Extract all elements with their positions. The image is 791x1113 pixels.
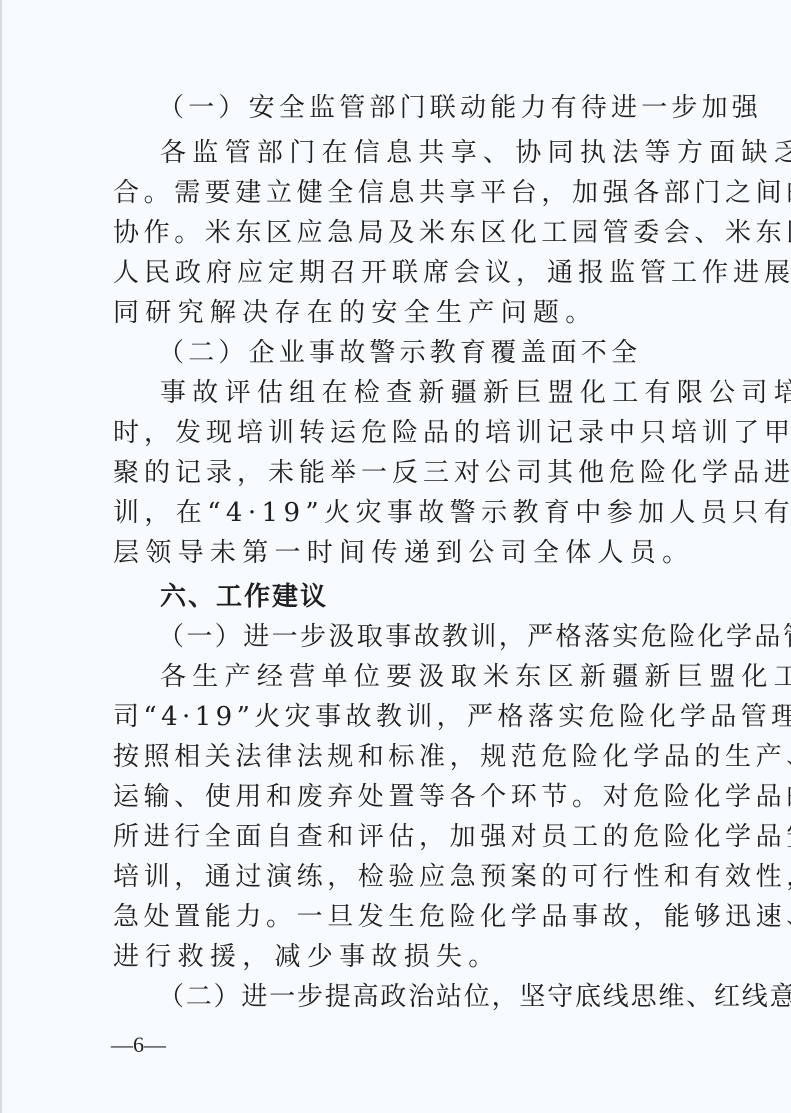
paragraph-line: 急处置能力。一旦发生危险化学品事故，能够迅速、有效地 — [113, 897, 673, 937]
page-number: —6— — [111, 1030, 166, 1060]
paragraph-line: 层领导未第一时间传递到公司全体人员。 — [113, 533, 673, 573]
paragraph-line: 事故评估组在检查新疆新巨盟化工有限公司培训记录 — [160, 373, 720, 413]
paragraph-line: 时，发现培训转运危险品的培训记录中只培训了甲缩醛和多 — [113, 413, 673, 453]
section-heading-4: （二）进一步提高政治站位，坚守底线思维、红线意识。 — [158, 977, 718, 1017]
paragraph-line: 所进行全面自查和评估，加强对员工的危险化学品安全知识 — [113, 817, 673, 857]
paragraph-line: 同研究解决存在的安全生产问题。 — [113, 293, 673, 333]
chapter-heading: 六、工作建议 — [160, 577, 720, 617]
paragraph-line: 司“4·19”火灾事故教训，严格落实危险化学品管理严格 — [113, 697, 673, 737]
section-heading-1: （一）安全监管部门联动能力有待进一步加强 — [158, 88, 718, 128]
paragraph-line: 各生产经营单位要汲取米东区新疆新巨盟化工有限公 — [160, 657, 720, 697]
paragraph-line: 训，在“4·19”火灾事故警示教育中参加人员只有公司中 — [113, 493, 673, 533]
paragraph-line: 按照相关法律法规和标准，规范危险化学品的生产、储存、 — [113, 737, 673, 777]
scan-edge — [0, 0, 2, 1113]
paragraph-line: 协作。米东区应急局及米东区化工园管委会、米东区铁厂沟镇 — [113, 213, 673, 253]
section-heading-2: （二）企业事故警示教育覆盖面不全 — [158, 333, 718, 373]
document-page: （一）安全监管部门联动能力有待进一步加强 各监管部门在信息共享、协同执法等方面缺… — [0, 0, 791, 1113]
paragraph-line: 运输、使用和废弃处置等各个环节。对危险化学品的储存场 — [113, 777, 673, 817]
paragraph-line: 合。需要建立健全信息共享平台，加强各部门之间的沟通和 — [113, 173, 673, 213]
paragraph-line: 培训，通过演练，检验应急预案的可行性和有效性，提高应 — [113, 857, 673, 897]
paragraph-line: 人民政府应定期召开联席会议，通报监管工作进展情况，共 — [113, 253, 673, 293]
paragraph-line: 聚的记录，未能举一反三对公司其他危险化学品进行讲解培 — [113, 453, 673, 493]
section-heading-3: （一）进一步汲取事故教训，严格落实危险化学品管理 — [158, 617, 718, 657]
paragraph-line: 各监管部门在信息共享、协同执法等方面缺乏有效配 — [160, 133, 720, 173]
paragraph-line: 进行救援，减少事故损失。 — [113, 937, 673, 977]
